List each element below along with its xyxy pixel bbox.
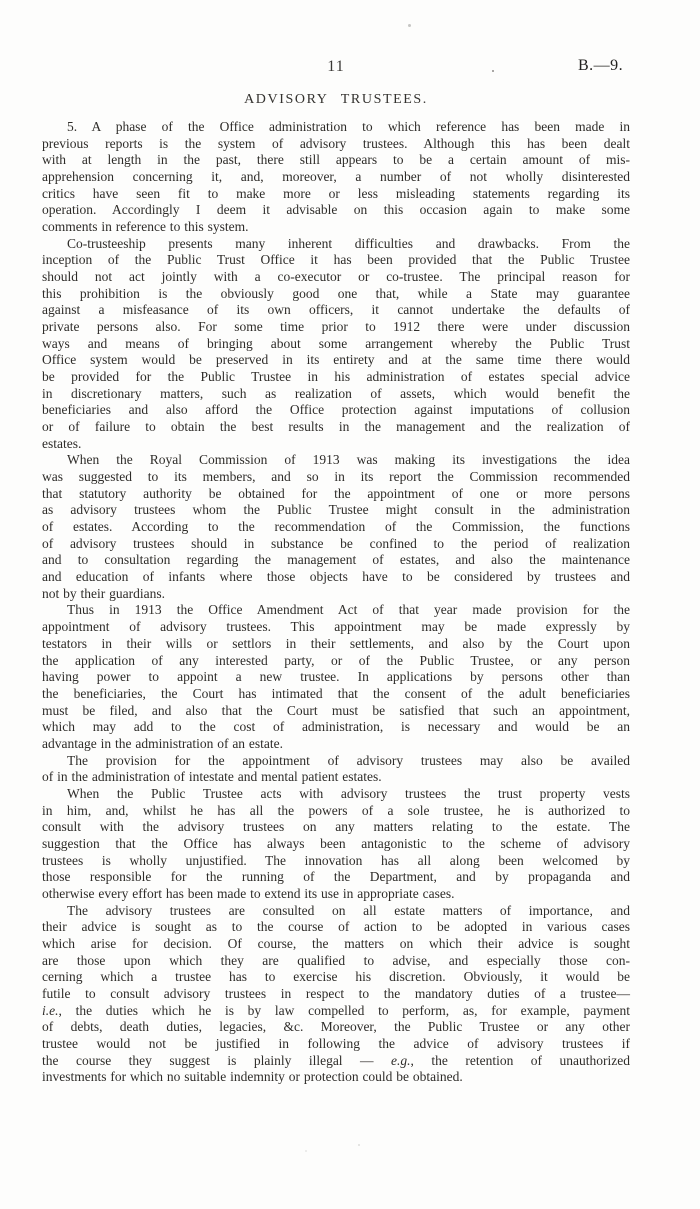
text-line: the course they suggest is plainly illeg… <box>42 1053 630 1070</box>
paragraph: When the Royal Commission of 1913 was ma… <box>42 452 630 602</box>
text-line: against a misfeasance of its own officer… <box>42 302 630 319</box>
text-line: of in the administration of intestate an… <box>42 769 630 786</box>
text-line: in discretionary matters, such as realiz… <box>42 386 630 403</box>
paragraph: The provision for the appointment of adv… <box>42 753 630 786</box>
text-line: in him, and, whilst he has all the power… <box>42 803 630 820</box>
text-line: investments for which no suitable indemn… <box>42 1069 630 1086</box>
text-line: be provided for the Public Trustee in hi… <box>42 369 630 386</box>
text-line: which arise for decision. Of course, the… <box>42 936 630 953</box>
text-line: this prohibition is the obviously good o… <box>42 286 630 303</box>
scan-speck <box>305 1150 307 1152</box>
text-line: cerning which a trustee has to exercise … <box>42 969 630 986</box>
page-title: ADVISORY TRUSTEES. <box>42 92 630 108</box>
scan-speck <box>408 24 411 27</box>
text-line: beneficiaries and also afford the Office… <box>42 402 630 419</box>
text-line: and to consultation regarding the manage… <box>42 552 630 569</box>
text-line: The provision for the appointment of adv… <box>42 753 630 770</box>
paragraph: Thus in 1913 the Office Amendment Act of… <box>42 602 630 752</box>
text-line: was suggested to its members, and so in … <box>42 469 630 486</box>
text-line: must be filed, and also that the Court m… <box>42 703 630 720</box>
text-line: i.e., the duties which he is by law comp… <box>42 1003 630 1020</box>
page-number: 11 <box>42 58 630 76</box>
text-line: ways and means of bringing about some ar… <box>42 336 630 353</box>
paragraph: 5. A phase of the Office administration … <box>42 119 630 236</box>
paragraph: Co-trusteeship presents many inherent di… <box>42 236 630 453</box>
text-line: trustee would not be justified in follow… <box>42 1036 630 1053</box>
text-line: comments in reference to this system. <box>42 219 630 236</box>
text-line: having power to appoint a new trustee. I… <box>42 669 630 686</box>
text-line: appointment of advisory trustees. This a… <box>42 619 630 636</box>
text-line: Thus in 1913 the Office Amendment Act of… <box>42 602 630 619</box>
text-line: suggestion that the Office has always be… <box>42 836 630 853</box>
text-line: are those upon which they are qualified … <box>42 953 630 970</box>
text-line: their advice is sought as to the course … <box>42 919 630 936</box>
text-line: of advisory trustees should in substance… <box>42 536 630 553</box>
document-body: 5. A phase of the Office administration … <box>42 119 630 1086</box>
text-line: operation. Accordingly I deem it advisab… <box>42 202 630 219</box>
text-line: trustees is wholly unjustified. The inno… <box>42 853 630 870</box>
text-line: inception of the Public Trust Office it … <box>42 252 630 269</box>
text-line: otherwise every effort has been made to … <box>42 886 630 903</box>
text-line: of estates. According to the recommendat… <box>42 519 630 536</box>
text-line: private persons also. For some time prio… <box>42 319 630 336</box>
text-line: The advisory trustees are consulted on a… <box>42 903 630 920</box>
text-line: with at length in the past, there still … <box>42 152 630 169</box>
text-line: Office system would be preserved in its … <box>42 352 630 369</box>
text-line: Co-trusteeship presents many inherent di… <box>42 236 630 253</box>
paragraph: The advisory trustees are consulted on a… <box>42 903 630 1086</box>
text-line: the application of any interested party,… <box>42 653 630 670</box>
text-line: When the Public Trustee acts with adviso… <box>42 786 630 803</box>
text-line: should not act jointly with a co-executo… <box>42 269 630 286</box>
text-line: testators in their wills or settlors in … <box>42 636 630 653</box>
text-line: previous reports is the system of adviso… <box>42 136 630 153</box>
scan-speck <box>358 1144 360 1146</box>
text-line: apprehension concerning it, and, moreove… <box>42 169 630 186</box>
text-line: 5. A phase of the Office administration … <box>42 119 630 136</box>
text-line: advantage in the administration of an es… <box>42 736 630 753</box>
paragraph: When the Public Trustee acts with adviso… <box>42 786 630 903</box>
scan-speck <box>492 70 494 72</box>
text-line: consult with the advisory trustees on an… <box>42 819 630 836</box>
text-line: critics have seen fit to make more or le… <box>42 186 630 203</box>
text-line: and education of infants where those obj… <box>42 569 630 586</box>
text-line: that statutory authority be obtained for… <box>42 486 630 503</box>
text-line: or of failure to obtain the best results… <box>42 419 630 436</box>
text-line: When the Royal Commission of 1913 was ma… <box>42 452 630 469</box>
text-line: those responsible for the running of the… <box>42 869 630 886</box>
text-line: of debts, death duties, legacies, &c. Mo… <box>42 1019 630 1036</box>
text-line: estates. <box>42 436 630 453</box>
text-line: not by their guardians. <box>42 586 630 603</box>
document-reference: B.—9. <box>578 57 623 75</box>
text-line: which may add to the cost of administrat… <box>42 719 630 736</box>
text-line: the beneficiaries, the Court has intimat… <box>42 686 630 703</box>
text-line: futile to consult advisory trustees in r… <box>42 986 630 1003</box>
text-line: as advisory trustees whom the Public Tru… <box>42 502 630 519</box>
document-page: 11 B.—9. ADVISORY TRUSTEES. 5. A phase o… <box>0 0 700 1209</box>
